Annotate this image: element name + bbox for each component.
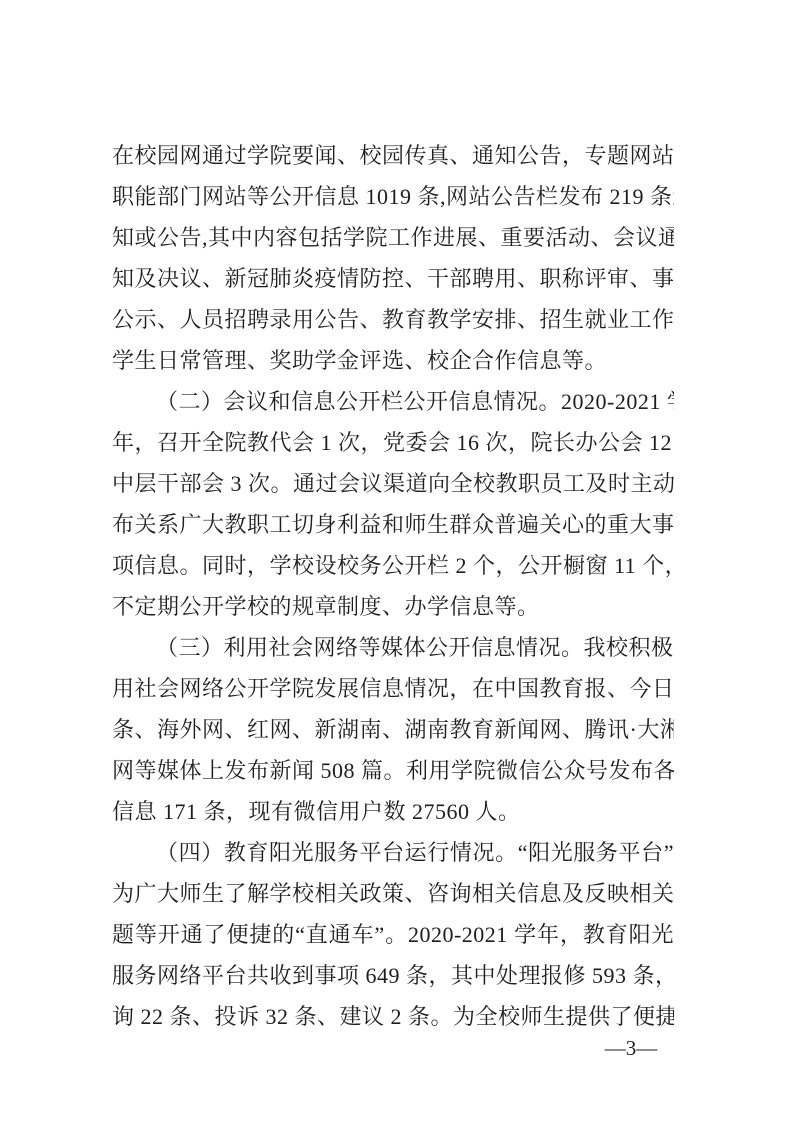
text-line: 用社会网络公开学院发展信息情况，在中国教育报、今日头 — [112, 668, 674, 709]
paragraph: （三）利用社会网络等媒体公开信息情况。我校积极利用社会网络公开学院发展信息情况，… — [112, 627, 674, 832]
text-line: 网等媒体上发布新闻 508 篇。利用学院微信公众号发布各类 — [112, 750, 674, 791]
text-line: 信息 171 条，现有微信用户数 27560 人。 — [112, 791, 674, 832]
text-line: 在校园网通过学院要闻、校园传真、通知公告，专题网站和 — [112, 135, 674, 176]
text-line: 学生日常管理、奖助学金评选、校企合作信息等。 — [112, 340, 674, 381]
paragraph: （二）会议和信息公开栏公开信息情况。2020-2021 学年，召开全院教代会 1… — [112, 381, 674, 627]
paragraph: 在校园网通过学院要闻、校园传真、通知公告，专题网站和职能部门网站等公开信息 10… — [112, 135, 674, 381]
document-page: 在校园网通过学院要闻、校园传真、通知公告，专题网站和职能部门网站等公开信息 10… — [0, 0, 793, 1122]
text-line: 布关系广大教职工切身利益和师生群众普遍关心的重大事 — [112, 504, 674, 545]
text-line: 为广大师生了解学校相关政策、咨询相关信息及反映相关问 — [112, 873, 674, 914]
text-line: （三）利用社会网络等媒体公开信息情况。我校积极利 — [112, 627, 674, 668]
text-line: （四）教育阳光服务平台运行情况。“阳光服务平台” — [112, 832, 674, 873]
paragraph: （四）教育阳光服务平台运行情况。“阳光服务平台”为广大师生了解学校相关政策、咨询… — [112, 832, 674, 1037]
text-line: 项信息。同时，学校设校务公开栏 2 个，公开橱窗 11 个， — [112, 545, 674, 586]
text-line: 知及决议、新冠肺炎疫情防控、干部聘用、职称评审、事务 — [112, 258, 674, 299]
text-line: 年，召开全院教代会 1 次，党委会 16 次，院长办公会 12 次， — [112, 422, 674, 463]
document-body: 在校园网通过学院要闻、校园传真、通知公告，专题网站和职能部门网站等公开信息 10… — [112, 135, 674, 1037]
text-line: 职能部门网站等公开信息 1019 条,网站公告栏发布 219 条通 — [112, 176, 674, 217]
page-number: —3— — [601, 1033, 661, 1063]
text-line: 知或公告,其中内容包括学院工作进展、重要活动、会议通 — [112, 217, 674, 258]
text-line: 公示、人员招聘录用公告、教育教学安排、招生就业工作、 — [112, 299, 674, 340]
text-line: （二）会议和信息公开栏公开信息情况。2020-2021 学 — [112, 381, 674, 422]
text-line: 服务网络平台共收到事项 649 条，其中处理报修 593 条，咨 — [112, 955, 674, 996]
text-line: 询 22 条、投诉 32 条、建议 2 条。为全校师生提供了便捷的 — [112, 996, 674, 1037]
text-line: 条、海外网、红网、新湖南、湖南教育新闻网、腾讯·大湘 — [112, 709, 674, 750]
text-line: 不定期公开学校的规章制度、办学信息等。 — [112, 586, 674, 627]
text-line: 题等开通了便捷的“直通车”。2020-2021 学年，教育阳光 — [112, 914, 674, 955]
text-line: 中层干部会 3 次。通过会议渠道向全校教职员工及时主动公 — [112, 463, 674, 504]
